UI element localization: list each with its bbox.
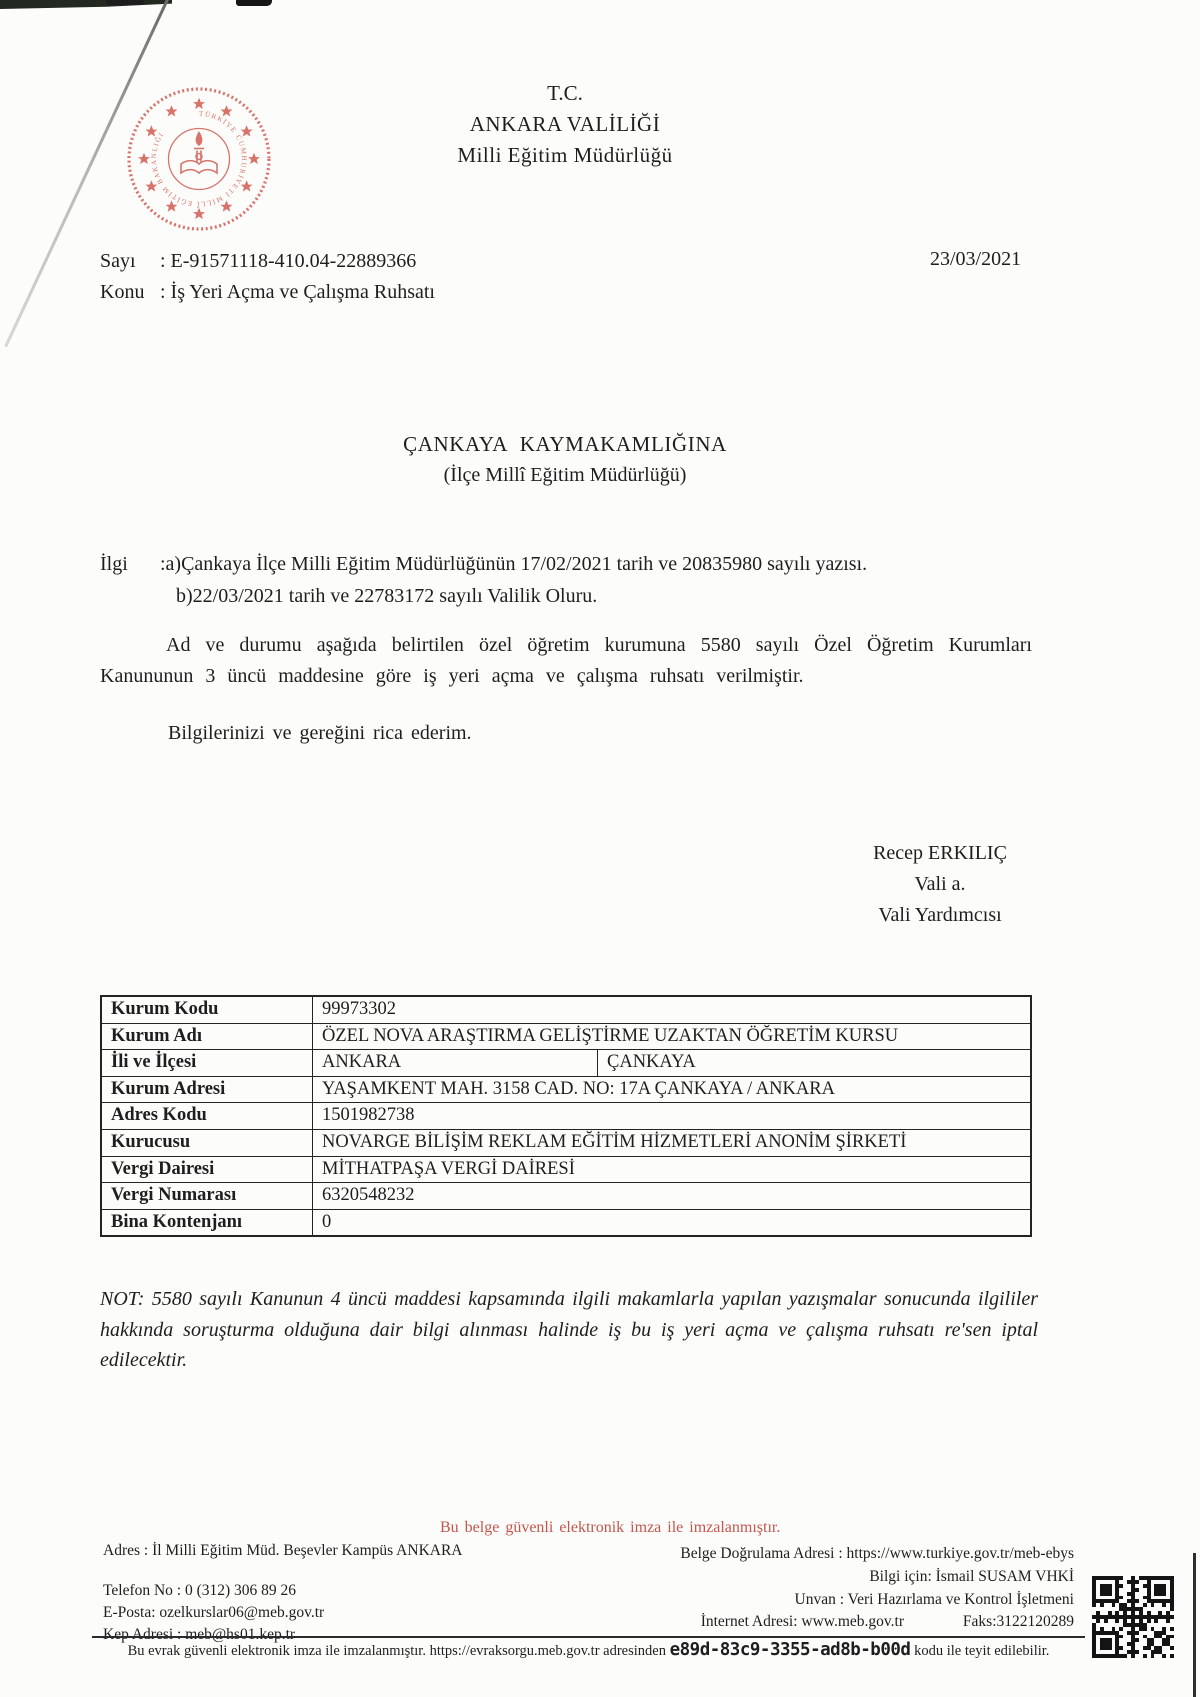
table-row: Kurum Kodu 99973302	[102, 997, 1030, 1023]
letterhead: T.C. ANKARA VALİLİĞİ Milli Eğitim Müdürl…	[330, 78, 800, 171]
letterhead-org2: Milli Eğitim Müdürlüğü	[330, 140, 800, 171]
signer-name: Recep ERKILIÇ	[780, 838, 1100, 869]
table-label: Kurum Adı	[102, 1024, 312, 1050]
footer-telefon: Telefon No : 0 (312) 306 89 26	[103, 1580, 463, 1602]
table-label: Kurucusu	[102, 1130, 312, 1156]
table-row: Kurum Adresi YAŞAMKENT MAH. 3158 CAD. NO…	[102, 1076, 1030, 1103]
table-label: Bina Kontenjanı	[102, 1210, 312, 1236]
konu-value: : İş Yeri Açma ve Çalışma Ruhsatı	[160, 277, 435, 308]
letterhead-org1: ANKARA VALİLİĞİ	[330, 109, 800, 140]
table-row: Bina Kontenjanı 0	[102, 1209, 1030, 1236]
recipient-block: ÇANKAYA KAYMAKAMLIĞINA (İlçe Millî Eğiti…	[300, 432, 830, 487]
signer-title2: Vali Yardımcısı	[780, 900, 1100, 931]
table-value: ÇANKAYA	[597, 1050, 1030, 1076]
document-page: TÜRKİYE CUMHURİYETİ MİLLÎ EĞİTİM BAKANLI…	[0, 0, 1200, 1697]
table-label: Vergi Dairesi	[102, 1157, 312, 1183]
table-value: ANKARA	[312, 1050, 597, 1076]
table-value: YAŞAMKENT MAH. 3158 CAD. NO: 17A ÇANKAYA…	[312, 1077, 1030, 1103]
table-value: 0	[312, 1210, 1030, 1236]
table-row: Kurum Adı ÖZEL NOVA ARAŞTIRMA GELİŞTİRME…	[102, 1023, 1030, 1050]
table-label: Kurum Kodu	[102, 997, 312, 1023]
table-row: Vergi Numarası 6320548232	[102, 1182, 1030, 1209]
table-value: ÖZEL NOVA ARAŞTIRMA GELİŞTİRME UZAKTAN Ö…	[312, 1024, 1030, 1050]
verify-code: e89d-83c9-3355-ad8b-b00d	[670, 1640, 911, 1660]
scan-artifact-smudge	[106, 0, 144, 5]
ilgi-item-a: :a)Çankaya İlçe Milli Eğitim Müdürlüğünü…	[160, 548, 867, 580]
konu-label: Konu	[100, 277, 160, 308]
esign-notice: Bu belge güvenli elektronik imza ile imz…	[440, 1519, 780, 1537]
qr-code	[1092, 1576, 1174, 1658]
recipient-line2: (İlçe Millî Eğitim Müdürlüğü)	[300, 464, 830, 487]
table-label: Adres Kodu	[102, 1103, 312, 1129]
ministry-seal-icon: TÜRKİYE CUMHURİYETİ MİLLÎ EĞİTİM BAKANLI…	[124, 84, 274, 234]
verify-text-post: kodu ile teyit edilebilir.	[910, 1643, 1049, 1659]
table-value: NOVARGE BİLİŞİM REKLAM EĞİTİM HİZMETLERİ…	[312, 1130, 1030, 1156]
scan-artifact-topbar	[0, 0, 172, 9]
footer-eposta: E-Posta: ozelkurslar06@meb.gov.tr	[103, 1602, 463, 1624]
footer-bilgi: Bilgi için: İsmail SUSAM VHKİ	[600, 1566, 1074, 1589]
scan-artifact-edge-line	[1193, 1553, 1196, 1697]
note-paragraph: NOT: 5580 sayılı Kanunun 4 üncü maddesi …	[100, 1284, 1038, 1376]
doc-date: 23/03/2021	[930, 248, 1021, 271]
table-row: Kurucusu NOVARGE BİLİŞİM REKLAM EĞİTİM H…	[102, 1129, 1030, 1156]
table-value: MİTHATPAŞA VERGİ DAİRESİ	[312, 1157, 1030, 1183]
footer-right: Belge Doğrulama Adresi : https://www.tur…	[600, 1543, 1074, 1634]
footer-dogrulama: Belge Doğrulama Adresi : https://www.tur…	[600, 1543, 1074, 1566]
signer-title1: Vali a.	[780, 869, 1100, 900]
table-label: Vergi Numarası	[102, 1183, 312, 1209]
footer-left: Adres : İl Milli Eğitim Müd. Beşevler Ka…	[103, 1540, 463, 1646]
footer-internet: İnternet Adresi: www.meb.gov.tr	[701, 1613, 904, 1630]
footer-adres: Adres : İl Milli Eğitim Müd. Beşevler Ka…	[103, 1540, 463, 1562]
ilgi-item-b: b)22/03/2021 tarih ve 22783172 sayılı Va…	[100, 580, 1035, 612]
footer-unvan: Unvan : Veri Hazırlama ve Kontrol İşletm…	[600, 1589, 1074, 1612]
table-value: 6320548232	[312, 1183, 1030, 1209]
table-value: 1501982738	[312, 1103, 1030, 1129]
table-value: 99973302	[312, 997, 1030, 1023]
body-paragraph: Ad ve durumu aşağıda belirtilen özel öğr…	[100, 630, 1032, 692]
footer-divider	[92, 1636, 1085, 1638]
recipient-line1: ÇANKAYA KAYMAKAMLIĞINA	[300, 432, 830, 457]
letterhead-tc: T.C.	[330, 78, 800, 109]
footer-faks: Faks:3122120289	[963, 1613, 1074, 1630]
institution-table: Kurum Kodu 99973302 Kurum Adı ÖZEL NOVA …	[100, 995, 1032, 1237]
sayi-label: Sayı	[100, 246, 160, 277]
table-row: İli ve İlçesi ANKARA ÇANKAYA	[102, 1049, 1030, 1076]
signature-block: Recep ERKILIÇ Vali a. Vali Yardımcısı	[780, 838, 1100, 931]
seal-torch-book-emblem	[181, 131, 217, 173]
table-row: Adres Kodu 1501982738	[102, 1102, 1030, 1129]
scan-artifact-smudge	[236, 0, 272, 6]
table-row: Vergi Dairesi MİTHATPAŞA VERGİ DAİRESİ	[102, 1156, 1030, 1183]
doc-meta: Sayı : E-91571118-410.04-22889366 Konu :…	[100, 246, 435, 308]
closing-paragraph: Bilgilerinizi ve gereğini rica ederim.	[168, 722, 472, 745]
verify-text-pre: Bu evrak güvenli elektronik imza ile imz…	[128, 1643, 670, 1659]
references-block: İlgi :a)Çankaya İlçe Milli Eğitim Müdürl…	[100, 548, 1035, 612]
verification-line: Bu evrak güvenli elektronik imza ile imz…	[92, 1640, 1085, 1660]
table-label: İli ve İlçesi	[102, 1050, 312, 1076]
table-label: Kurum Adresi	[102, 1077, 312, 1103]
sayi-value: : E-91571118-410.04-22889366	[160, 246, 416, 277]
ilgi-label: İlgi	[100, 548, 160, 580]
